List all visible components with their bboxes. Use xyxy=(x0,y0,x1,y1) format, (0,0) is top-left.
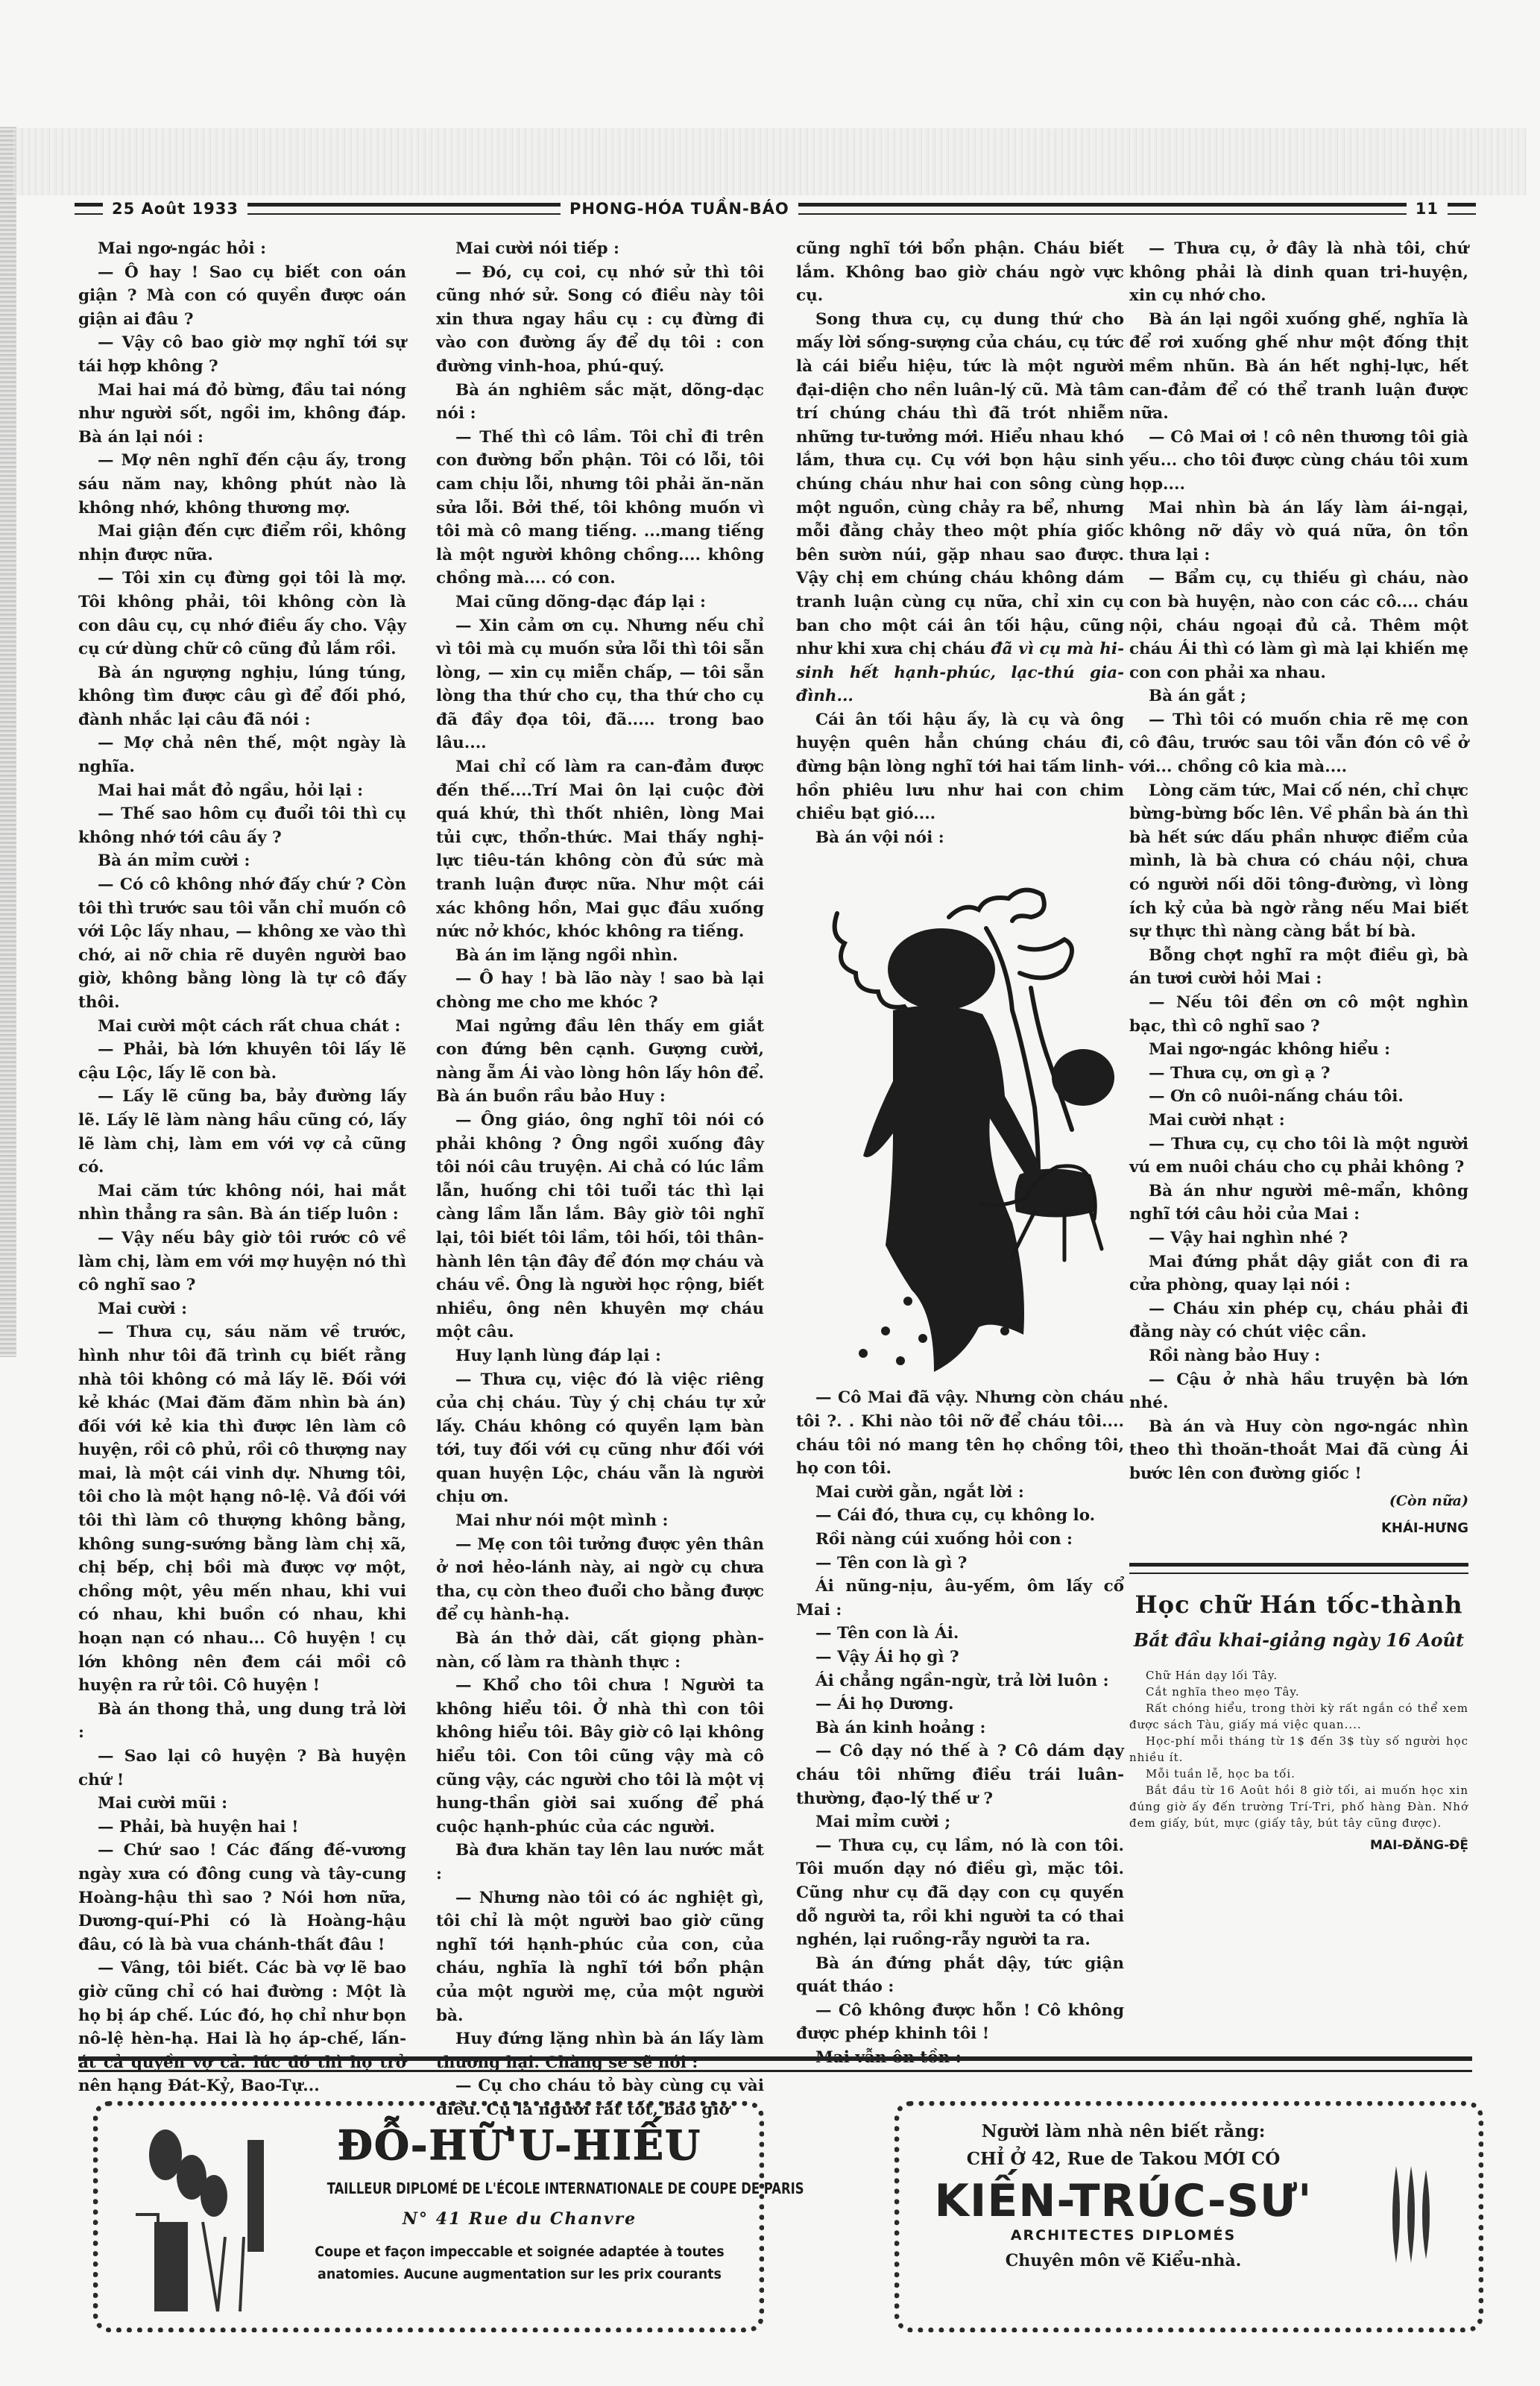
paragraph: Bà án gắt ; xyxy=(1129,684,1468,708)
paragraph: — Ơn cô nuôi-nấng cháu tôi. xyxy=(1129,1085,1468,1109)
continued-note: (Còn nữa) xyxy=(1129,1490,1468,1514)
woman-and-child-illustration-icon xyxy=(796,854,1124,1376)
paragraph: Bà án thở dài, cất giọng phàn-nàn, cố là… xyxy=(436,1627,764,1674)
paragraph: — Tên con là Ái. xyxy=(796,1622,1124,1646)
masthead-rule xyxy=(247,203,561,215)
paragraph: — Cháu xin phép cụ, cháu phải đi đằng nà… xyxy=(1129,1297,1468,1344)
paragraph: — Mẹ con tôi tưởng được yên thân ở nơi h… xyxy=(436,1533,764,1627)
paragraph: Bà án và Huy còn ngơ-ngác nhìn theo thì … xyxy=(1129,1415,1468,1486)
notice-title: Học chữ Hán tốc-thành xyxy=(1129,1593,1468,1617)
paragraph: cũng nghĩ tới bổn phận. Cháu biết lắm. K… xyxy=(796,237,1124,308)
paragraph: Mai giận đến cực điểm rồi, không nhịn đư… xyxy=(78,520,406,567)
paragraph: — Bẩm cụ, cụ thiếu gì cháu, nào con bà h… xyxy=(1129,567,1468,684)
paragraph: Ái nũng-nịu, âu-yếm, ôm lấy cổ Mai : xyxy=(796,1575,1124,1622)
paragraph: Bà án ngượng nghịu, lúng túng, không tìm… xyxy=(78,661,406,732)
paragraph: Mai cười gằn, ngắt lời : xyxy=(796,1481,1124,1505)
paragraph: Bỗng chợt nghĩ ra một điều gì, bà án tươ… xyxy=(1129,944,1468,991)
story-column-3: cũng nghĩ tới bổn phận. Cháu biết lắm. K… xyxy=(796,237,1124,2070)
tailor-figures-icon xyxy=(121,2125,270,2319)
paragraph: — Chứ sao ! Các đấng đế-vương ngày xưa c… xyxy=(78,1839,406,1957)
tailor-description: Coupe et façon impeccable et soignée ada… xyxy=(303,2241,736,2285)
paragraph: Mai ngơ-ngác hỏi : xyxy=(78,237,406,261)
masthead-rule xyxy=(1448,203,1476,215)
paragraph: Mai mỉm cười ; xyxy=(796,1810,1124,1834)
paragraph: — Ô hay ! Sao cụ biết con oán giận ? Mà … xyxy=(78,261,406,332)
paragraph: Bà án vội nói : xyxy=(796,826,1124,850)
paragraph: Mai căm tức không nói, hai mắt nhìn thẳn… xyxy=(78,1180,406,1227)
paragraph: — Thưa cụ, ở đây là nhà tôi, chứ không p… xyxy=(1129,237,1468,308)
story-column-2: Mai cười nói tiếp :— Đó, cụ coi, cụ nhớ … xyxy=(436,237,764,2122)
tailor-address: N° 41 Rue du Chanvre xyxy=(285,2209,754,2229)
paragraph: Song thưa cụ, cụ dung thứ cho mấy lời số… xyxy=(796,308,1124,708)
tailor-name: ĐỖ-HỮ'U-HIẾU xyxy=(285,2121,754,2169)
paragraph: — Ông giáo, ông nghĩ tôi nói có phải khô… xyxy=(436,1109,764,1344)
architect-intro: Người làm nhà nên biết rằng: xyxy=(915,2121,1332,2141)
tailor-advertisement: ĐỖ-HỮ'U-HIẾU TAILLEUR DIPLOMÉ DE L'ÉCOLE… xyxy=(93,2101,764,2332)
scan-top-shading xyxy=(13,128,1527,195)
paragraph: — Cô không được hỗn ! Cô không được phép… xyxy=(796,1999,1124,2046)
paragraph: Ái chẳng ngần-ngừ, trả lời luôn : xyxy=(796,1669,1124,1693)
masthead-rule xyxy=(798,203,1407,215)
author-signature: KHÁI-HƯNG xyxy=(1129,1517,1468,1540)
paragraph: Mai cười nói tiếp : xyxy=(436,237,764,261)
paragraph: Mai cười một cách rất chua chát : xyxy=(78,1015,406,1039)
tailor-tagline: TAILLEUR DIPLOMÉ DE L'ÉCOLE INTERNATIONA… xyxy=(327,2179,713,2197)
paragraph: — Thì tôi có muốn chia rẽ mẹ con cô đâu,… xyxy=(1129,708,1468,779)
scan-edge-shading xyxy=(0,127,16,1357)
paragraph: Rồi nàng cúi xuống hỏi con : xyxy=(796,1528,1124,1552)
paragraph: Mai ngửng đầu lên thấy em giắt con đứng … xyxy=(436,1015,764,1109)
story-column-1: Mai ngơ-ngác hỏi :— Ô hay ! Sao cụ biết … xyxy=(78,237,406,2098)
paragraph: — Mợ chả nên thế, một ngày là nghĩa. xyxy=(78,731,406,778)
notice-line: Rất chóng hiểu, trong thời kỳ rất ngắn c… xyxy=(1129,1700,1468,1733)
paragraph: Mai đứng phắt dậy giắt con đi ra cửa phò… xyxy=(1129,1250,1468,1297)
paragraph: — Thế sao hôm cụ đuổi tôi thì cụ không n… xyxy=(78,802,406,849)
architect-name: KIẾN-TRÚC-SƯ' xyxy=(915,2175,1332,2227)
paragraph: — Cái đó, thưa cụ, cụ không lo. xyxy=(796,1504,1124,1528)
paragraph: Mai ngơ-ngác không hiểu : xyxy=(1129,1038,1468,1062)
paragraph: — Thưa cụ, cụ cho tôi là một người vú em… xyxy=(1129,1133,1468,1180)
paragraph: — Cậu ở nhà hầu truyện bà lớn nhé. xyxy=(1129,1368,1468,1415)
paragraph: Mai như nói một mình : xyxy=(436,1509,764,1533)
paragraph: Bà án im lặng ngồi nhìn. xyxy=(436,944,764,968)
paragraph: Bà án như người mê-mẩn, không nghĩ tới c… xyxy=(1129,1180,1468,1227)
section-divider xyxy=(1129,1563,1468,1574)
issue-date: 25 Août 1933 xyxy=(112,200,239,218)
paragraph: — Thưa cụ, sáu năm về trước, hình như tô… xyxy=(78,1321,406,1698)
paragraph: — Tôi xin cụ đừng gọi tôi là mợ. Tôi khô… xyxy=(78,567,406,661)
paragraph: — Cô Mai ơi ! cô nên thương tôi già yếu.… xyxy=(1129,426,1468,497)
pencil-strokes-icon xyxy=(1389,2166,1433,2263)
paragraph: Bà án thong thả, ung dung trả lời : xyxy=(78,1698,406,1745)
paragraph: — Nhưng nào tôi có ác nghiệt gì, tôi chỉ… xyxy=(436,1886,764,2028)
paragraph: — Lấy lẽ cũng ba, bảy đường lấy lẽ. Lấy … xyxy=(78,1085,406,1179)
paragraph: — Đó, cụ coi, cụ nhớ sử thì tôi cũng nhớ… xyxy=(436,261,764,379)
paragraph: Mai cười mũi : xyxy=(78,1792,406,1816)
notice-line: Học-phí mỗi tháng từ 1$ đến 3$ tùy số ng… xyxy=(1129,1733,1468,1766)
paragraph: — Vậy nếu bây giờ tôi rước cô về làm chị… xyxy=(78,1227,406,1297)
paragraph: Mai hai mắt đỏ ngầu, hỏi lại : xyxy=(78,779,406,803)
paragraph: — Khổ cho tôi chưa ! Người ta không hiểu… xyxy=(436,1674,764,1839)
paragraph: — Tên con là gì ? xyxy=(796,1552,1124,1576)
paragraph: — Cô dạy nó thế à ? Cô dám dạy cháu tôi … xyxy=(796,1740,1124,1810)
paragraph: — Vậy hai nghìn nhé ? xyxy=(1129,1227,1468,1250)
paragraph: Bà đưa khăn tay lên lau nước mắt : xyxy=(436,1839,764,1886)
paragraph: — Vậy cô bao giờ mợ nghĩ tới sự tái hợp … xyxy=(78,331,406,378)
page-number: 11 xyxy=(1416,200,1439,218)
paragraph: — Thưa cụ, ơn gì ạ ? xyxy=(1129,1062,1468,1086)
notice-signature: MAI-ĐĂNG-ĐỆ xyxy=(1129,1834,1468,1858)
paragraph: — Vâng, tôi biết. Các bà vợ lẽ bao giờ c… xyxy=(78,1957,406,2098)
paragraph: — Phải, bà lớn khuyên tôi lấy lẽ cậu Lộc… xyxy=(78,1038,406,1085)
architect-address: CHỈ Ở 42, Rue de Takou MỚI CÓ xyxy=(915,2149,1332,2169)
notice-line: Mỗi tuần lễ, học ba tối. xyxy=(1129,1766,1468,1782)
paragraph: Mai nhìn bà án lấy làm ái-ngại, không nỡ… xyxy=(1129,497,1468,567)
paragraph: — Ái họ Dương. xyxy=(796,1693,1124,1716)
paragraph: — Thưa cụ, cụ lầm, nó là con tôi. Tôi mu… xyxy=(796,1834,1124,1952)
paragraph: Mai cũng dõng-dạc đáp lại : xyxy=(436,591,764,614)
paragraph: — Sao lại cô huyện ? Bà huyện chứ ! xyxy=(78,1745,406,1792)
story-illustration xyxy=(796,854,1124,1376)
publication-title: PHONG-HÓA TUẦN-BÁO xyxy=(569,200,789,218)
notice-line: Bắt đầu từ 16 Août hồi 8 giờ tối, ai muố… xyxy=(1129,1782,1468,1831)
paragraph: — Cô Mai đã vậy. Nhưng còn cháu tôi ?. .… xyxy=(796,1386,1124,1480)
paragraph: — Thưa cụ, việc đó là việc riêng của chị… xyxy=(436,1368,764,1510)
paragraph: Bà án nghiêm sắc mặt, dõng-dạc nói : xyxy=(436,379,764,426)
paragraph: — Có cô không nhớ đấy chứ ? Còn tôi thì … xyxy=(78,873,406,1015)
paragraph: Bà án lại ngồi xuống ghế, nghĩa là để rơ… xyxy=(1129,308,1468,426)
paragraph: — Vậy Ái họ gì ? xyxy=(796,1646,1124,1669)
architect-specialty: Chuyên môn vẽ Kiểu-nhà. xyxy=(915,2251,1332,2270)
paragraph: Bà án mỉm cười : xyxy=(78,849,406,873)
story-column-4: — Thưa cụ, ở đây là nhà tôi, chứ không p… xyxy=(1129,237,1468,1857)
paragraph: Lòng căm tức, Mai cố nén, chỉ chực bừng-… xyxy=(1129,779,1468,944)
paragraph: Mai cười nhạt : xyxy=(1129,1109,1468,1133)
paragraph: Mai cười : xyxy=(78,1297,406,1321)
masthead-rule xyxy=(75,203,103,215)
paragraph: — Thế thì cô lầm. Tôi chỉ đi trên con đư… xyxy=(436,426,764,591)
paragraph: Rồi nàng bảo Huy : xyxy=(1129,1344,1468,1368)
paragraph: — Phải, bà huyện hai ! xyxy=(78,1816,406,1839)
ads-separator xyxy=(78,2056,1472,2072)
architect-advertisement: Người làm nhà nên biết rằng: CHỈ Ở 42, R… xyxy=(894,2101,1483,2332)
paragraph: Huy lạnh lùng đáp lại : xyxy=(436,1344,764,1368)
paragraph: — Xin cảm ơn cụ. Nhưng nếu chỉ vì tôi mà… xyxy=(436,614,764,756)
masthead: 25 Août 1933 PHONG-HÓA TUẦN-BÁO 11 xyxy=(75,195,1476,222)
paragraph: Bà án đứng phắt dậy, tức giận quát tháo … xyxy=(796,1952,1124,1999)
paragraph: Cái ân tối hậu ấy, là cụ và ông huyện qu… xyxy=(796,708,1124,826)
notice-subtitle: Bắt đầu khai-giảng ngày 16 Août xyxy=(1129,1628,1468,1652)
notice-line: Chữ Hán dạy lối Tây. xyxy=(1129,1667,1468,1684)
notice-line: Cắt nghĩa theo mẹo Tây. xyxy=(1129,1684,1468,1700)
paragraph: — Ô hay ! bà lão này ! sao bà lại chòng … xyxy=(436,967,764,1014)
paragraph: Mai chỉ cố làm ra can-đảm được đến thế..… xyxy=(436,755,764,944)
paragraph: Mai hai má đỏ bừng, đầu tai nóng như ngư… xyxy=(78,379,406,450)
paragraph: — Nếu tôi đền ơn cô một nghìn bạc, thì c… xyxy=(1129,991,1468,1038)
han-class-notice: Học chữ Hán tốc-thành Bắt đầu khai-giảng… xyxy=(1129,1563,1468,1858)
paragraph: Bà án kinh hoảng : xyxy=(796,1716,1124,1740)
architect-subtitle: ARCHITECTES DIPLOMÉS xyxy=(915,2227,1332,2244)
paragraph: — Mợ nên nghĩ đến cậu ấy, trong sáu năm … xyxy=(78,449,406,520)
